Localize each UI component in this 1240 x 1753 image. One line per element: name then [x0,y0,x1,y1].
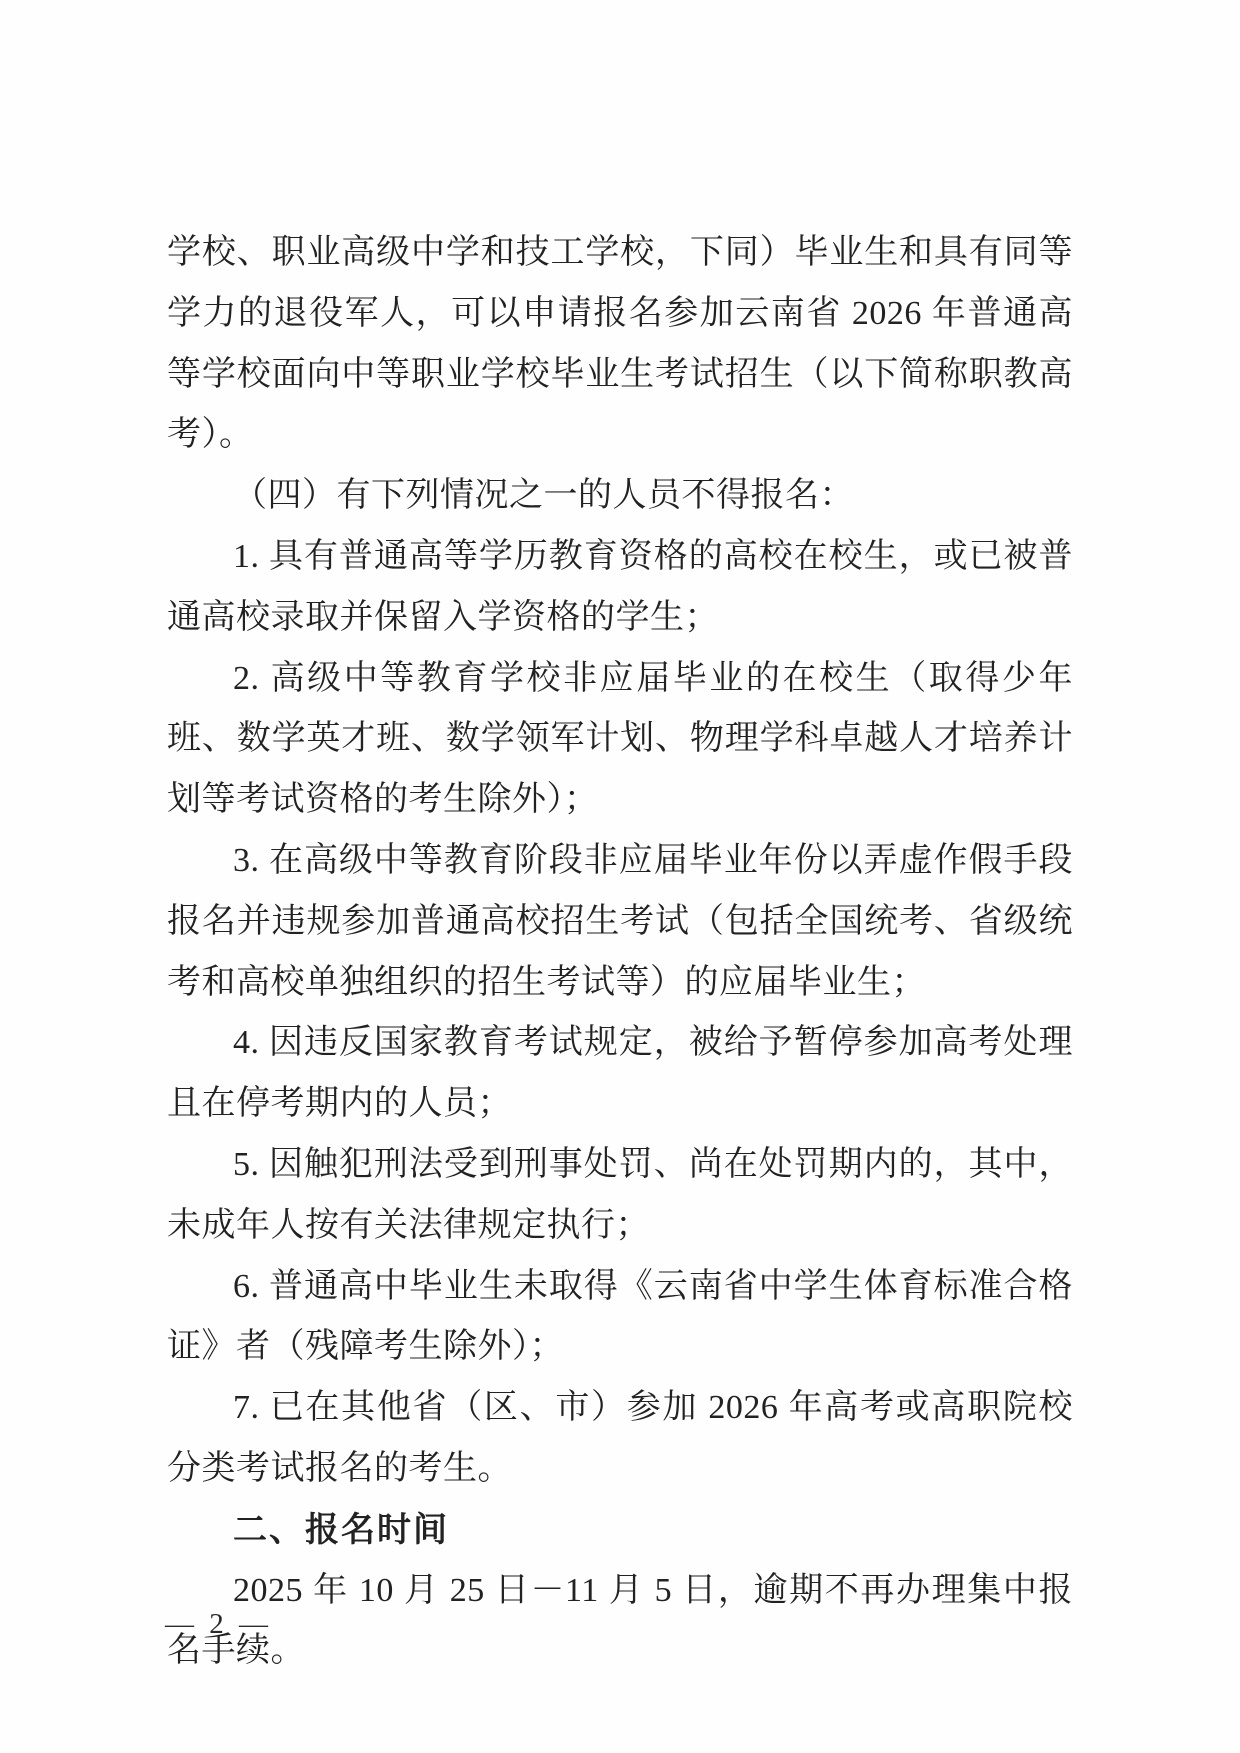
paragraph: 4. 因违反国家教育考试规定，被给予暂停参加高考处理且在停考期内的人员； [167,1013,1073,1135]
paragraph: 1. 具有普通高等学历教育资格的高校在校生，或已被普通高校录取并保留入学资格的学… [167,527,1073,649]
paragraph: 7. 已在其他省（区、市）参加 2026 年高考或高职院校分类考试报名的考生。 [167,1378,1073,1500]
paragraph: 2. 高级中等教育学校非应届毕业的在校生（取得少年班、数学英才班、数学领军计划、… [167,649,1073,831]
paragraph: （四）有下列情况之一的人员不得报名： [167,466,1073,527]
page-number: — 2 — [165,1608,272,1641]
document-page: 学校、职业高级中学和技工学校，下同）毕业生和具有同等学力的退役军人，可以申请报名… [0,0,1240,1753]
document-body: 学校、职业高级中学和技工学校，下同）毕业生和具有同等学力的退役军人，可以申请报名… [167,223,1073,1682]
paragraph: 学校、职业高级中学和技工学校，下同）毕业生和具有同等学力的退役军人，可以申请报名… [167,223,1073,466]
paragraph: 6. 普通高中毕业生未取得《云南省中学生体育标准合格证》者（残障考生除外）； [167,1257,1073,1379]
section-heading: 二、报名时间 [167,1500,1073,1561]
paragraph: 3. 在高级中等教育阶段非应届毕业年份以弄虚作假手段报名并违规参加普通高校招生考… [167,831,1073,1013]
paragraph: 5. 因触犯刑法受到刑事处罚、尚在处罚期内的，其中，未成年人按有关法律规定执行； [167,1135,1073,1257]
paragraph: 2025 年 10 月 25 日－11 月 5 日，逾期不再办理集中报名手续。 [167,1561,1073,1683]
